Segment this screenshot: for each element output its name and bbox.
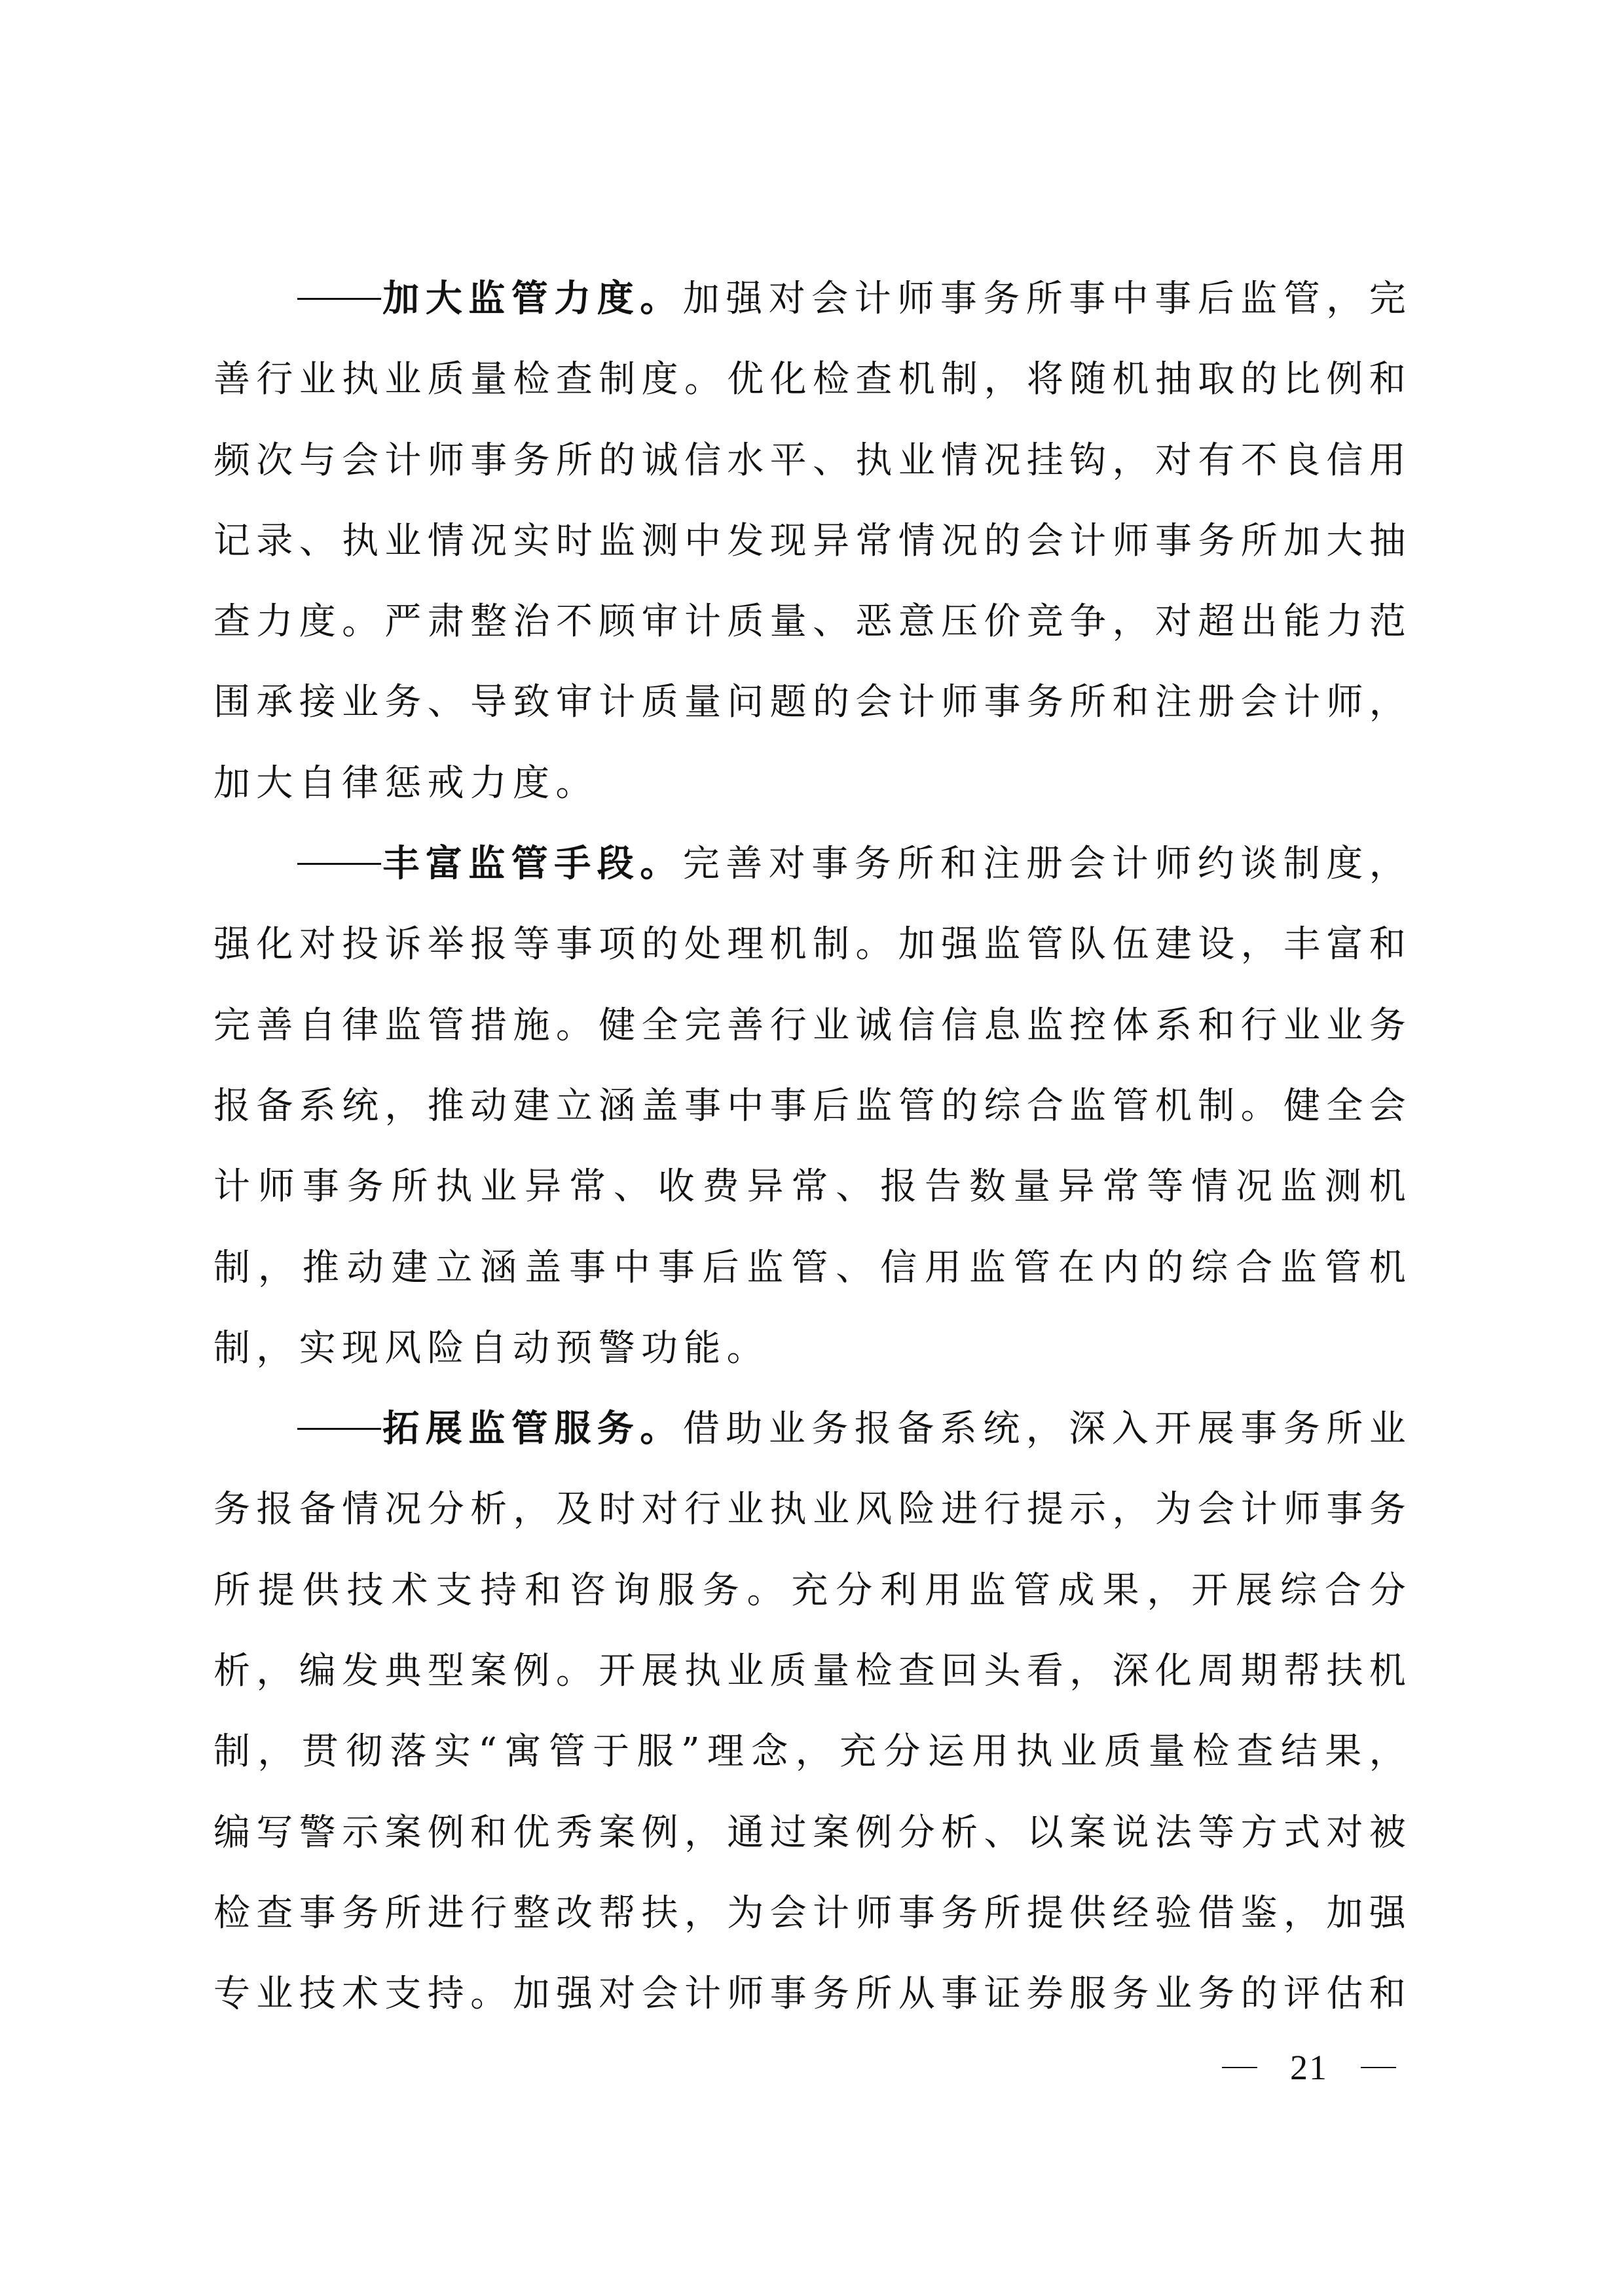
paragraph-3-line-8: 专业技术支持。加强对会计师事务所从事证券服务业务的评估和: [213, 1954, 1412, 2034]
paragraph-1-line-5: 查力度。严肃整治不顾审计质量、恶意压价竞争，对超出能力范: [213, 581, 1412, 662]
paragraph-1-line-2: 善行业执业质量检查制度。优化检查机制，将随机抽取的比例和: [213, 339, 1412, 420]
paragraph-1-text: 加强对会计师事务所事中事后监管，完: [683, 278, 1412, 320]
paragraph-3-line-3: 所提供技术支持和咨询服务。充分利用监管成果，开展综合分: [213, 1550, 1412, 1631]
em-dash-icon: [297, 824, 382, 904]
paragraph-1-heading: 加大监管力度。: [382, 277, 683, 320]
em-dash-icon: [297, 259, 382, 339]
paragraph-2-line-3: 完善自律监管措施。健全完善行业诚信信息监控体系和行业业务: [213, 985, 1412, 1066]
page-number-left-dash-icon: [1222, 2067, 1257, 2068]
document-page: 加大监管力度。加强对会计师事务所事中事后监管，完 善行业执业质量检查制度。优化检…: [0, 0, 1624, 2296]
paragraph-3-text: 借助业务报备系统，深入开展事务所业: [683, 1408, 1412, 1450]
paragraph-1-line-4: 记录、执业情况实时监测中发现异常情况的会计师事务所加大抽: [213, 501, 1412, 581]
em-dash-icon: [297, 1389, 382, 1469]
paragraph-2-text: 完善对事务所和注册会计师约谈制度，: [683, 843, 1412, 885]
paragraph-1-line-3: 频次与会计师事务所的诚信水平、执业情况挂钩，对有不良信用: [213, 420, 1412, 501]
paragraph-3-line-1: 拓展监管服务。借助业务报备系统，深入开展事务所业: [213, 1389, 1412, 1469]
paragraph-2-line-6: 制，推动建立涵盖事中事后监管、信用监管在内的综合监管机: [213, 1228, 1412, 1308]
page-number-value: 21: [1290, 2047, 1328, 2088]
page-number: 21: [1222, 2048, 1396, 2087]
paragraph-1-line-7: 加大自律惩戒力度。: [213, 743, 1412, 824]
paragraph-3-line-5: 制，贯彻落实“寓管于服”理念，充分运用执业质量检查结果，: [213, 1711, 1412, 1792]
paragraph-3-line-7: 检查事务所进行整改帮扶，为会计师事务所提供经验借鉴，加强: [213, 1873, 1412, 1954]
paragraph-2-line-5: 计师事务所执业异常、收费异常、报告数量异常等情况监测机: [213, 1146, 1412, 1227]
paragraph-2-line-4: 报备系统，推动建立涵盖事中事后监管的综合监管机制。健全会: [213, 1066, 1412, 1146]
paragraph-3-line-2: 务报备情况分析，及时对行业执业风险进行提示，为会计师事务: [213, 1469, 1412, 1550]
body-text: 加大监管力度。加强对会计师事务所事中事后监管，完 善行业执业质量检查制度。优化检…: [213, 259, 1412, 2035]
paragraph-2-line-1: 丰富监管手段。完善对事务所和注册会计师约谈制度，: [213, 824, 1412, 904]
paragraph-2-line-7: 制，实现风险自动预警功能。: [213, 1308, 1412, 1389]
paragraph-3-line-6: 编写警示案例和优秀案例，通过案例分析、以案说法等方式对被: [213, 1793, 1412, 1873]
paragraph-2-line-2: 强化对投诉举报等事项的处理机制。加强监管队伍建设，丰富和: [213, 904, 1412, 985]
page-number-right-dash-icon: [1361, 2067, 1396, 2068]
paragraph-3-line-4: 析，编发典型案例。开展执业质量检查回头看，深化周期帮扶机: [213, 1631, 1412, 1711]
paragraph-2-heading: 丰富监管手段。: [382, 842, 683, 885]
paragraph-1-line-6: 围承接业务、导致审计质量问题的会计师事务所和注册会计师，: [213, 662, 1412, 742]
paragraph-3-heading: 拓展监管服务。: [382, 1407, 683, 1450]
paragraph-1-line-1: 加大监管力度。加强对会计师事务所事中事后监管，完: [213, 259, 1412, 339]
